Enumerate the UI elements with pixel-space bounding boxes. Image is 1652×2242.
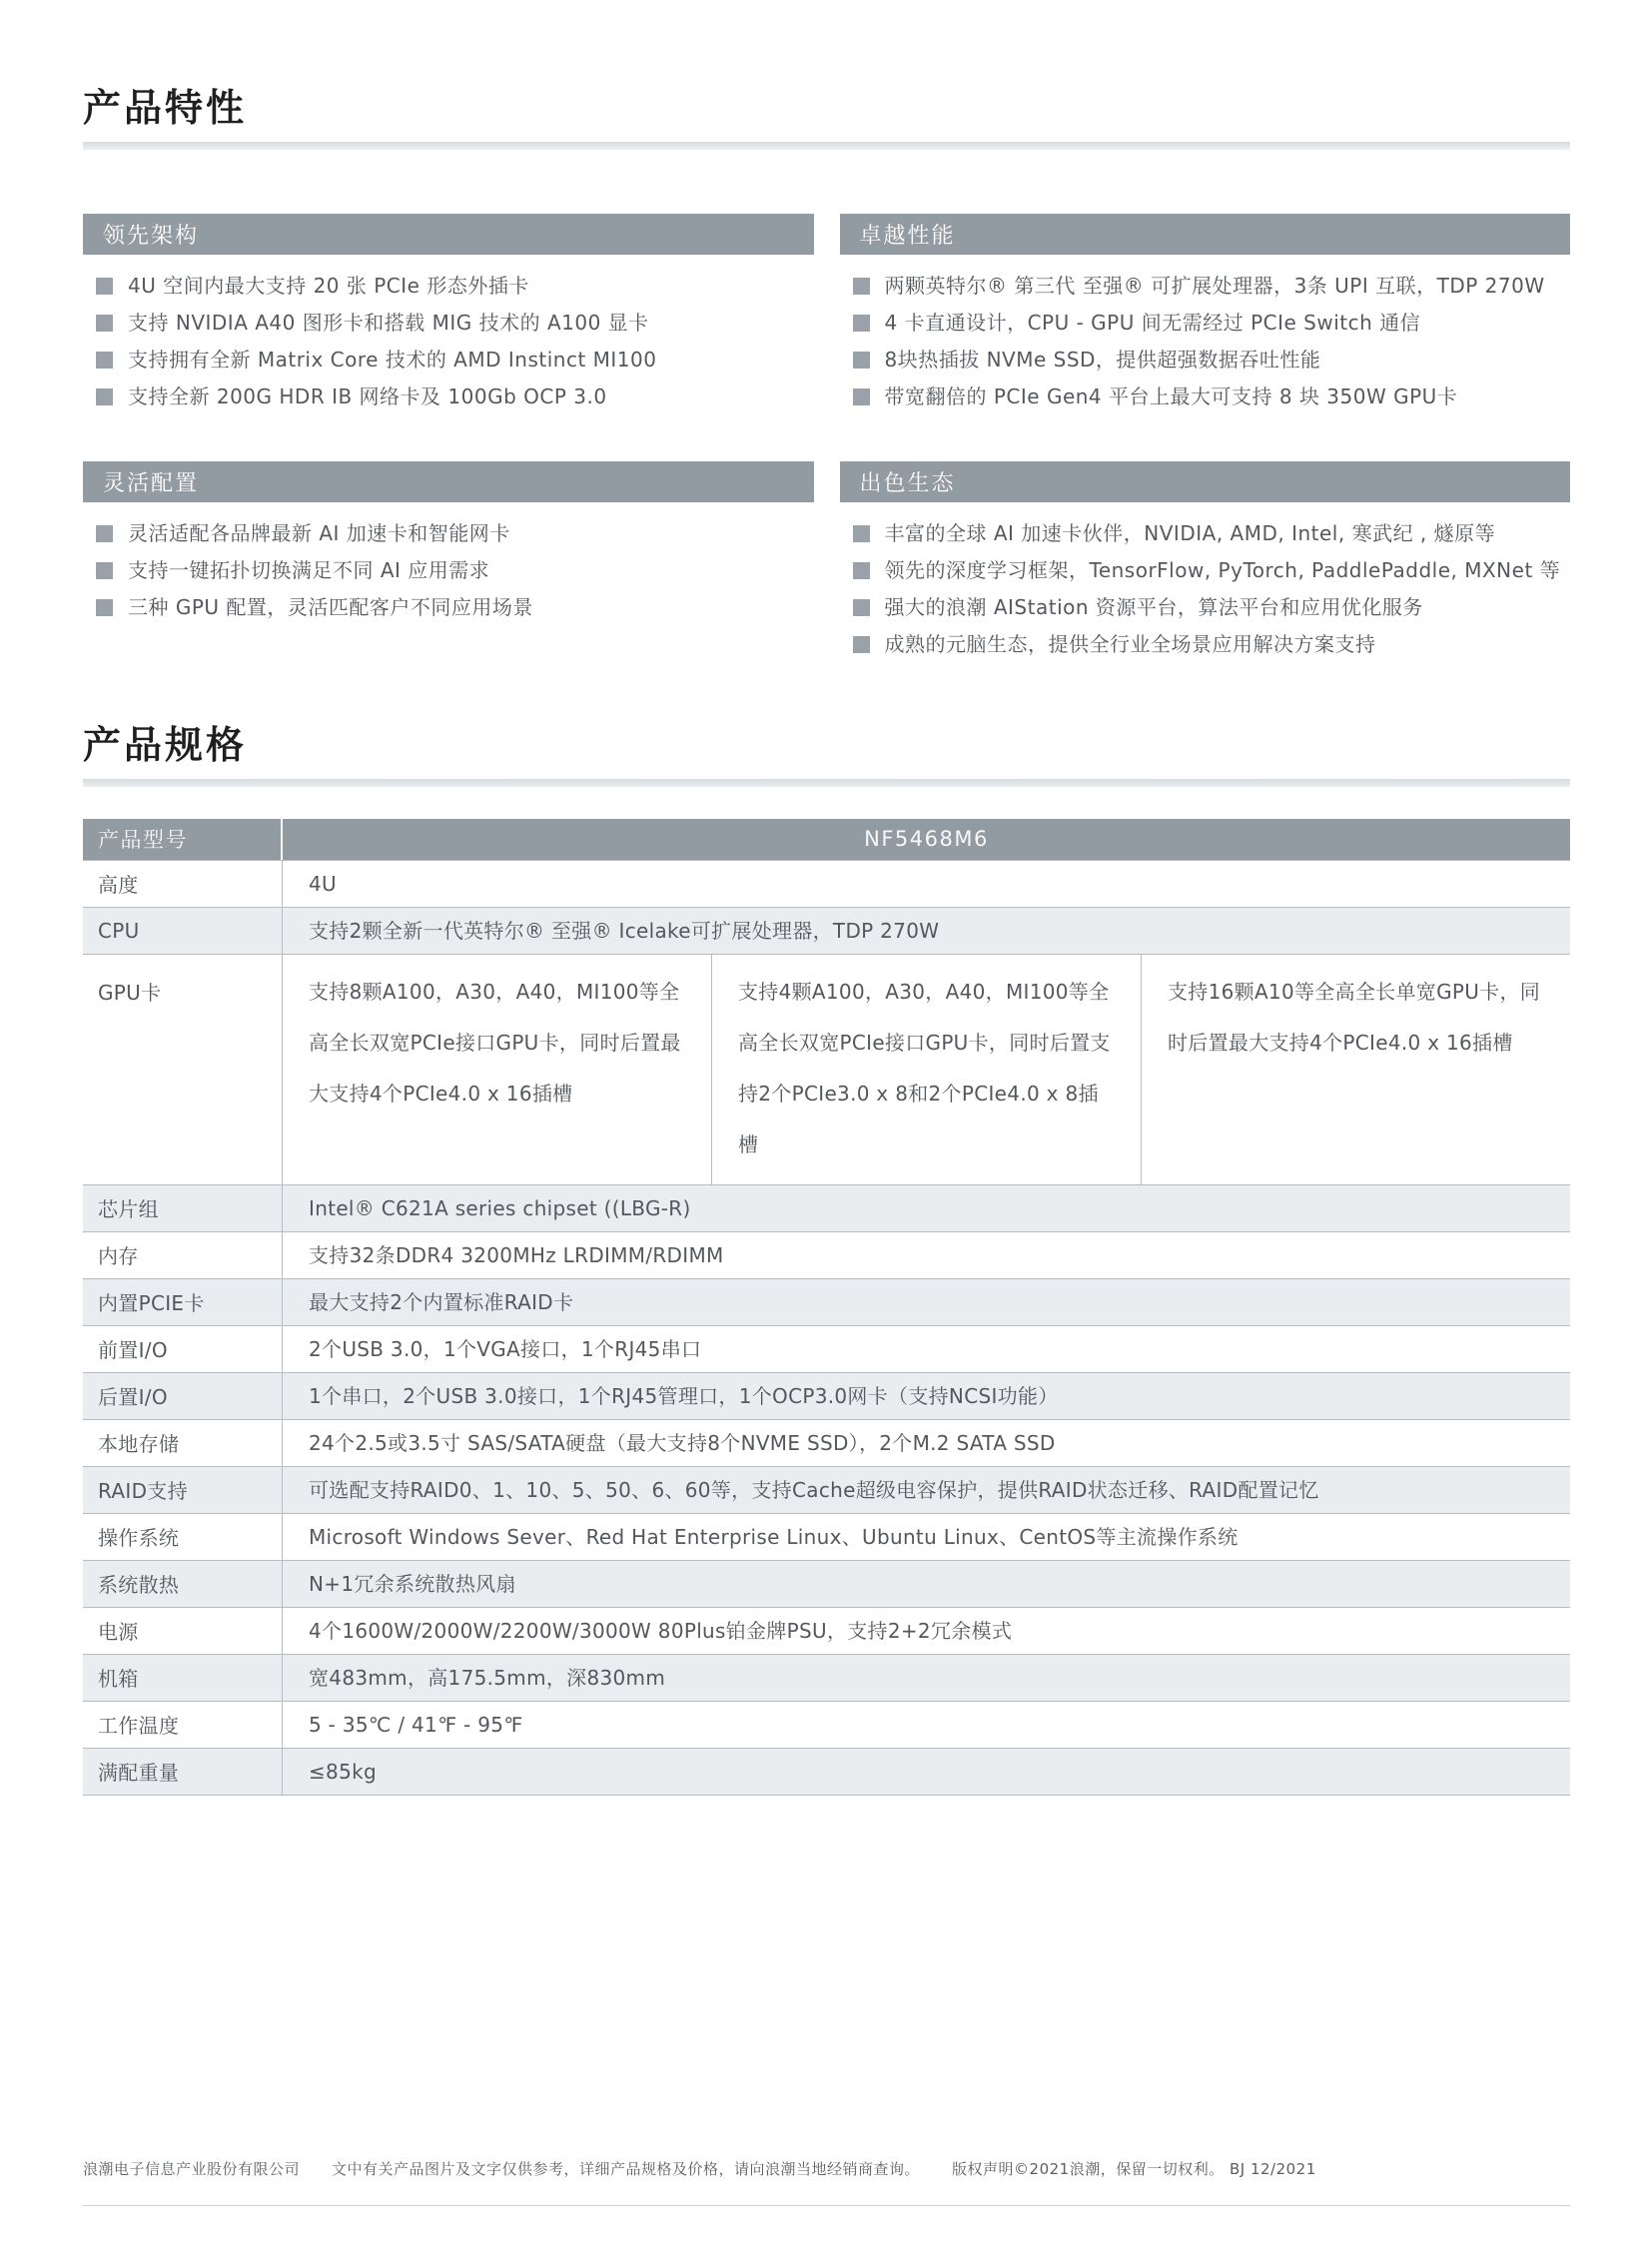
bullet-square-icon bbox=[96, 278, 113, 295]
bullet-square-icon bbox=[853, 525, 870, 542]
gpu-config-cell-2: 支持4颗A100，A30，A40，MI100等全高全长双宽PCIe接口GPU卡，… bbox=[711, 955, 1141, 1184]
gpu-config-cell-1: 支持8颗A100，A30，A40，MI100等全高全长双宽PCIe接口GPU卡，… bbox=[283, 955, 711, 1184]
feature-item: 支持 NVIDIA A40 图形卡和搭载 MIG 技术的 A100 显卡 bbox=[83, 305, 814, 342]
spec-row-temperature: 工作温度 5 - 35℃ / 41℉ - 95℉ bbox=[83, 1701, 1570, 1748]
feature-item: 丰富的全球 AI 加速卡伙伴，NVIDIA, AMD, Intel, 寒武纪 ,… bbox=[840, 515, 1571, 552]
title-underline bbox=[83, 779, 1570, 787]
footer-company: 浪潮电子信息产业股份有限公司 bbox=[83, 2158, 300, 2179]
feature-box-header: 领先架构 bbox=[83, 214, 814, 255]
feature-item-text: 8块热插拔 NVMe SSD，提供超强数据吞吐性能 bbox=[885, 342, 1321, 378]
feature-box-title: 灵活配置 bbox=[103, 466, 199, 497]
spec-row-chassis: 机箱 宽483mm，高175.5mm，深830mm bbox=[83, 1654, 1570, 1701]
bullet-square-icon bbox=[96, 388, 113, 405]
feature-box-items: 两颗英特尔® 第三代 至强® 可扩展处理器，3条 UPI 互联，TDP 270W… bbox=[840, 268, 1571, 415]
feature-item: 成熟的元脑生态，提供全行业全场景应用解决方案支持 bbox=[840, 626, 1571, 663]
footer-disclaimer: 文中有关产品图片及文字仅供参考，详细产品规格及价格，请向浪潮当地经销商查询。 bbox=[332, 2158, 920, 2179]
spec-row-label: 高度 bbox=[83, 861, 283, 907]
bullet-square-icon bbox=[853, 388, 870, 405]
spec-row-value: 支持2颗全新一代英特尔® 至强® Icelake可扩展处理器，TDP 270W bbox=[283, 908, 1570, 954]
spec-row-value: 4U bbox=[283, 861, 1570, 907]
page-title-features: 产品特性 bbox=[83, 88, 1570, 130]
spec-row-cooling: 系统散热 N+1冗余系统散热风扇 bbox=[83, 1560, 1570, 1607]
bullet-square-icon bbox=[853, 636, 870, 653]
spec-row-value: 最大支持2个内置标准RAID卡 bbox=[283, 1279, 1570, 1325]
feature-box-title: 出色生态 bbox=[860, 466, 956, 497]
feature-item: 领先的深度学习框架，TensorFlow, PyTorch, PaddlePad… bbox=[840, 552, 1571, 589]
specs-section: 产品规格 产品型号 NF5468M6 高度 4U CPU 支持2颗全新一代英特尔… bbox=[83, 725, 1570, 1796]
spec-row-value: 可选配支持RAID0、1、10、5、50、6、60等，支持Cache超级电容保护… bbox=[283, 1467, 1570, 1513]
feature-item-text: 灵活适配各品牌最新 AI 加速卡和智能网卡 bbox=[128, 515, 510, 552]
feature-item-text: 支持 NVIDIA A40 图形卡和搭载 MIG 技术的 A100 显卡 bbox=[128, 305, 649, 342]
bullet-square-icon bbox=[96, 315, 113, 332]
spec-row-front-io: 前置I/O 2个USB 3.0，1个VGA接口，1个RJ45串口 bbox=[83, 1325, 1570, 1372]
feature-box-items: 丰富的全球 AI 加速卡伙伴，NVIDIA, AMD, Intel, 寒武纪 ,… bbox=[840, 515, 1571, 663]
spec-row-weight: 满配重量 ≤85kg bbox=[83, 1748, 1570, 1795]
feature-box-header: 灵活配置 bbox=[83, 461, 814, 502]
spec-row-label: 机箱 bbox=[83, 1655, 283, 1701]
spec-row-rear-io: 后置I/O 1个串口，2个USB 3.0接口，1个RJ45管理口，1个OCP3.… bbox=[83, 1372, 1570, 1419]
spec-row-cpu: CPU 支持2颗全新一代英特尔® 至强® Icelake可扩展处理器，TDP 2… bbox=[83, 907, 1570, 954]
feature-item-text: 强大的浪潮 AIStation 资源平台，算法平台和应用优化服务 bbox=[885, 589, 1423, 626]
page-title-specs: 产品规格 bbox=[83, 725, 1570, 767]
feature-item-text: 支持拥有全新 Matrix Core 技术的 AMD Instinct MI10… bbox=[128, 342, 656, 378]
spec-row-label: 芯片组 bbox=[83, 1185, 283, 1231]
spec-row-internal-pcie: 内置PCIE卡 最大支持2个内置标准RAID卡 bbox=[83, 1278, 1570, 1325]
feature-box-header: 卓越性能 bbox=[840, 214, 1571, 255]
feature-item: 支持一键拓扑切换满足不同 AI 应用需求 bbox=[83, 552, 814, 589]
spec-row-local-storage: 本地存储 24个2.5或3.5寸 SAS/SATA硬盘（最大支持8个NVME S… bbox=[83, 1419, 1570, 1466]
feature-item-text: 支持全新 200G HDR IB 网络卡及 100Gb OCP 3.0 bbox=[128, 378, 607, 415]
feature-box-items: 灵活适配各品牌最新 AI 加速卡和智能网卡 支持一键拓扑切换满足不同 AI 应用… bbox=[83, 515, 814, 626]
table-bottom-border bbox=[83, 1795, 1570, 1796]
spec-row-label: 电源 bbox=[83, 1608, 283, 1654]
spec-row-value: 支持8颗A100，A30，A40，MI100等全高全长双宽PCIe接口GPU卡，… bbox=[283, 955, 1570, 1184]
spec-row-label: GPU卡 bbox=[83, 955, 283, 1184]
footer: 浪潮电子信息产业股份有限公司 文中有关产品图片及文字仅供参考，详细产品规格及价格… bbox=[83, 2158, 1570, 2206]
spec-row-value: Microsoft Windows Sever、Red Hat Enterpri… bbox=[283, 1514, 1570, 1560]
spec-row-os: 操作系统 Microsoft Windows Sever、Red Hat Ent… bbox=[83, 1513, 1570, 1560]
feature-item: 强大的浪潮 AIStation 资源平台，算法平台和应用优化服务 bbox=[840, 589, 1571, 626]
spec-row-value: ≤85kg bbox=[283, 1749, 1570, 1795]
feature-item: 8块热插拔 NVMe SSD，提供超强数据吞吐性能 bbox=[840, 342, 1571, 378]
feature-item: 灵活适配各品牌最新 AI 加速卡和智能网卡 bbox=[83, 515, 814, 552]
bullet-square-icon bbox=[853, 562, 870, 579]
feature-item-text: 4 卡直通设计，CPU - GPU 间无需经过 PCIe Switch 通信 bbox=[885, 305, 1421, 342]
spec-row-value: 24个2.5或3.5寸 SAS/SATA硬盘（最大支持8个NVME SSD），2… bbox=[283, 1420, 1570, 1466]
spec-row-value: 2个USB 3.0，1个VGA接口，1个RJ45串口 bbox=[283, 1326, 1570, 1372]
spec-row-value: N+1冗余系统散热风扇 bbox=[283, 1561, 1570, 1607]
bullet-square-icon bbox=[853, 599, 870, 616]
footer-copyright: 版权声明©2021浪潮，保留一切权利。 BJ 12/2021 bbox=[952, 2158, 1316, 2179]
spec-table: 产品型号 NF5468M6 高度 4U CPU 支持2颗全新一代英特尔® 至强®… bbox=[83, 819, 1570, 1796]
spec-row-gpu: GPU卡 支持8颗A100，A30，A40，MI100等全高全长双宽PCIe接口… bbox=[83, 954, 1570, 1184]
spec-row-label: 工作温度 bbox=[83, 1702, 283, 1748]
datasheet-page: 产品特性 领先架构 4U 空间内最大支持 20 张 PCIe 形态外插卡 支持 … bbox=[0, 0, 1652, 2242]
spec-row-value: 4个1600W/2000W/2200W/3000W 80Plus铂金牌PSU，支… bbox=[283, 1608, 1570, 1654]
spec-header-label: 产品型号 bbox=[83, 819, 283, 860]
spec-row-value: 宽483mm，高175.5mm，深830mm bbox=[283, 1655, 1570, 1701]
spec-row-label: RAID支持 bbox=[83, 1467, 283, 1513]
spec-row-label: 本地存储 bbox=[83, 1420, 283, 1466]
feature-item: 4U 空间内最大支持 20 张 PCIe 形态外插卡 bbox=[83, 268, 814, 305]
spec-header-row: 产品型号 NF5468M6 bbox=[83, 819, 1570, 860]
feature-item-text: 带宽翻倍的 PCIe Gen4 平台上最大可支持 8 块 350W GPU卡 bbox=[885, 378, 1458, 415]
feature-box-performance: 卓越性能 两颗英特尔® 第三代 至强® 可扩展处理器，3条 UPI 互联，TDP… bbox=[840, 214, 1571, 415]
feature-box-title: 领先架构 bbox=[103, 219, 199, 250]
feature-item-text: 支持一键拓扑切换满足不同 AI 应用需求 bbox=[128, 552, 489, 589]
bullet-square-icon bbox=[853, 315, 870, 332]
spec-row-label: 后置I/O bbox=[83, 1373, 283, 1419]
bullet-square-icon bbox=[96, 352, 113, 369]
spec-row-label: 内置PCIE卡 bbox=[83, 1279, 283, 1325]
spec-row-raid: RAID支持 可选配支持RAID0、1、10、5、50、6、60等，支持Cach… bbox=[83, 1466, 1570, 1513]
bullet-square-icon bbox=[96, 562, 113, 579]
spec-row-value: 支持32条DDR4 3200MHz LRDIMM/RDIMM bbox=[283, 1232, 1570, 1278]
feature-box-ecosystem: 出色生态 丰富的全球 AI 加速卡伙伴，NVIDIA, AMD, Intel, … bbox=[840, 461, 1571, 663]
spec-row-value: 5 - 35℃ / 41℉ - 95℉ bbox=[283, 1702, 1570, 1748]
spec-row-label: 满配重量 bbox=[83, 1749, 283, 1795]
feature-box-flexibility: 灵活配置 灵活适配各品牌最新 AI 加速卡和智能网卡 支持一键拓扑切换满足不同 … bbox=[83, 461, 814, 663]
bullet-square-icon bbox=[96, 599, 113, 616]
feature-item: 4 卡直通设计，CPU - GPU 间无需经过 PCIe Switch 通信 bbox=[840, 305, 1571, 342]
spec-header-value: NF5468M6 bbox=[283, 819, 1570, 860]
bullet-square-icon bbox=[96, 525, 113, 542]
spec-row-value: Intel® C621A series chipset ((LBG-R) bbox=[283, 1185, 1570, 1231]
feature-item: 支持拥有全新 Matrix Core 技术的 AMD Instinct MI10… bbox=[83, 342, 814, 378]
feature-item: 两颗英特尔® 第三代 至强® 可扩展处理器，3条 UPI 互联，TDP 270W bbox=[840, 268, 1571, 305]
feature-item: 支持全新 200G HDR IB 网络卡及 100Gb OCP 3.0 bbox=[83, 378, 814, 415]
spec-row-value: 1个串口，2个USB 3.0接口，1个RJ45管理口，1个OCP3.0网卡（支持… bbox=[283, 1373, 1570, 1419]
spec-row-memory: 内存 支持32条DDR4 3200MHz LRDIMM/RDIMM bbox=[83, 1231, 1570, 1278]
feature-box-architecture: 领先架构 4U 空间内最大支持 20 张 PCIe 形态外插卡 支持 NVIDI… bbox=[83, 214, 814, 415]
bullet-square-icon bbox=[853, 278, 870, 295]
gpu-config-cell-3: 支持16颗A10等全高全长单宽GPU卡，同时后置最大支持4个PCIe4.0 x … bbox=[1141, 955, 1570, 1184]
feature-box-header: 出色生态 bbox=[840, 461, 1571, 502]
spec-row-height: 高度 4U bbox=[83, 860, 1570, 907]
feature-item-text: 两颗英特尔® 第三代 至强® 可扩展处理器，3条 UPI 互联，TDP 270W bbox=[885, 268, 1545, 305]
feature-item: 带宽翻倍的 PCIe Gen4 平台上最大可支持 8 块 350W GPU卡 bbox=[840, 378, 1571, 415]
feature-item: 三种 GPU 配置，灵活匹配客户不同应用场景 bbox=[83, 589, 814, 626]
spec-row-psu: 电源 4个1600W/2000W/2200W/3000W 80Plus铂金牌PS… bbox=[83, 1607, 1570, 1654]
spec-row-label: 系统散热 bbox=[83, 1561, 283, 1607]
feature-item-text: 成熟的元脑生态，提供全行业全场景应用解决方案支持 bbox=[885, 626, 1376, 663]
bullet-square-icon bbox=[853, 352, 870, 369]
spec-row-label: 前置I/O bbox=[83, 1326, 283, 1372]
spec-row-label: 内存 bbox=[83, 1232, 283, 1278]
feature-item-text: 三种 GPU 配置，灵活匹配客户不同应用场景 bbox=[128, 589, 533, 626]
feature-item-text: 领先的深度学习框架，TensorFlow, PyTorch, PaddlePad… bbox=[885, 552, 1561, 589]
feature-grid: 领先架构 4U 空间内最大支持 20 张 PCIe 形态外插卡 支持 NVIDI… bbox=[83, 214, 1570, 663]
feature-box-items: 4U 空间内最大支持 20 张 PCIe 形态外插卡 支持 NVIDIA A40… bbox=[83, 268, 814, 415]
spec-row-label: 操作系统 bbox=[83, 1514, 283, 1560]
spec-row-label: CPU bbox=[83, 908, 283, 954]
feature-item-text: 丰富的全球 AI 加速卡伙伴，NVIDIA, AMD, Intel, 寒武纪 ,… bbox=[885, 515, 1496, 552]
feature-item-text: 4U 空间内最大支持 20 张 PCIe 形态外插卡 bbox=[128, 268, 529, 305]
feature-box-title: 卓越性能 bbox=[860, 219, 956, 250]
title-underline bbox=[83, 142, 1570, 150]
spec-row-chipset: 芯片组 Intel® C621A series chipset ((LBG-R) bbox=[83, 1184, 1570, 1231]
